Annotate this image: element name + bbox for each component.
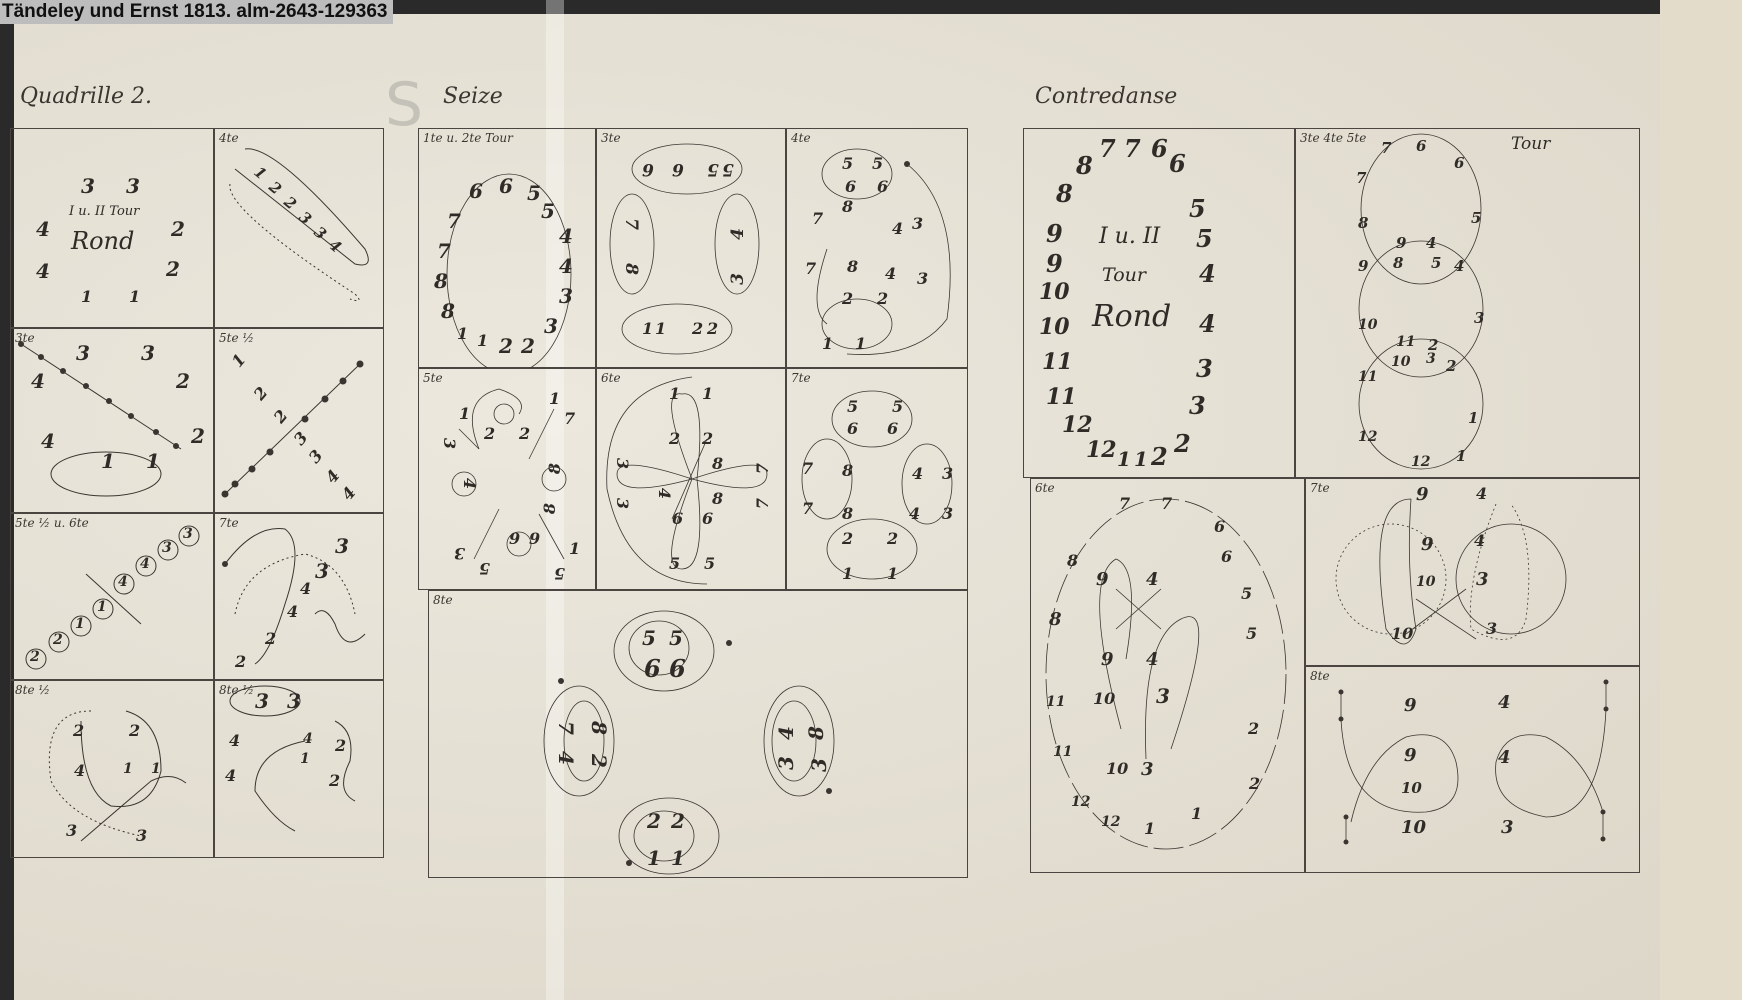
dancer-number: 1	[477, 331, 488, 350]
dancer-number: 1	[1191, 804, 1202, 823]
dancer-number: 1	[1456, 447, 1466, 465]
dancer-number: 7	[1381, 139, 1391, 157]
figure-label: 5te ½ u. 6te	[15, 516, 89, 530]
dancer-number: 1	[1134, 447, 1148, 471]
dancer-number: 4	[36, 259, 50, 283]
dancer-number: 1	[647, 846, 661, 870]
dancer-number: 10	[1401, 779, 1422, 797]
dancer-number: 4	[728, 228, 748, 240]
dancer-number: 12	[1086, 437, 1117, 463]
dancer-number: 7	[437, 239, 451, 263]
dancer-number: 3	[454, 544, 465, 563]
dancer-number: 3	[1476, 569, 1489, 590]
dancer-number: 1	[702, 384, 713, 403]
dancer-number: 8	[712, 454, 723, 473]
dancer-number: 10	[1358, 317, 1377, 333]
dancer-number: 3	[183, 526, 193, 542]
dancer-number: 12	[1101, 814, 1120, 830]
dancer-number: 11	[1046, 694, 1065, 710]
dancer-number: 1	[669, 384, 680, 403]
figure-path-icon	[597, 369, 787, 591]
dancer-number: 6	[1454, 154, 1464, 172]
tour-label: I u. II	[1099, 224, 1160, 249]
dancer-number: 2	[587, 754, 611, 768]
dancer-number: 5	[1241, 584, 1252, 603]
dancer-number: 2	[1151, 442, 1168, 471]
dancer-number: 4	[1476, 484, 1487, 503]
figure-label: 6te	[1035, 481, 1055, 495]
quadrille-cell-8: 8te ½ 3 3 4 4 4 1 2 2	[214, 680, 384, 858]
dancer-number: 8	[1056, 179, 1073, 208]
dancer-number: 5	[707, 159, 719, 179]
dancer-number: 11	[1358, 369, 1377, 385]
dancer-number: 9	[529, 529, 540, 548]
dancer-number: 6	[1214, 517, 1225, 536]
dancer-number: 7	[802, 459, 813, 478]
dancer-number: 6	[1169, 149, 1186, 178]
dancer-number: 3	[315, 559, 329, 583]
dancer-number: 11	[1396, 334, 1415, 350]
dancer-number: 10	[1401, 817, 1426, 838]
figure-path-icon	[11, 681, 215, 859]
dancer-number: 2	[519, 424, 530, 443]
dancer-number: 4	[118, 574, 128, 590]
quadrille-cell-6: 7te 3 3 4 4 2 2	[214, 513, 384, 680]
dancer-number: 2	[265, 178, 285, 198]
dancer-number: 7	[812, 209, 823, 228]
dancer-number: 4	[1498, 747, 1511, 768]
dancer-number: 5	[704, 554, 715, 573]
figure-path-icon	[11, 329, 215, 514]
dancer-number: 3	[76, 341, 90, 365]
figure-label: 7te	[1310, 481, 1330, 495]
dancer-number: 2	[707, 319, 718, 338]
dancer-number: 2	[671, 809, 685, 833]
dancer-number: 8	[847, 257, 858, 276]
dancer-number: 2	[669, 429, 680, 448]
dancer-number: 3	[66, 821, 77, 840]
dancer-number: 9	[1046, 249, 1063, 278]
dancer-number: 3	[912, 214, 923, 233]
dancer-number: 3	[1426, 351, 1436, 367]
dancer-number: 5	[1196, 224, 1213, 253]
dancer-number: 10	[1416, 574, 1435, 590]
dancer-number: 4	[1454, 257, 1464, 275]
dancer-number: 2	[877, 289, 888, 308]
dancer-number: 3	[126, 174, 140, 198]
dancer-number: 1	[457, 324, 468, 343]
dancer-number: 3	[141, 341, 155, 365]
dancer-number: 7	[1161, 494, 1172, 513]
dancer-number: 4	[554, 751, 578, 765]
dancer-number: 3	[942, 464, 953, 483]
dancer-number: 2	[53, 632, 63, 648]
dancer-number: 8	[1067, 551, 1078, 570]
dancer-number: 8	[441, 299, 455, 323]
dancer-number: 6	[672, 509, 683, 528]
dancer-number: 9	[1396, 234, 1406, 252]
dancer-number: 2	[171, 217, 185, 241]
dancer-number: 3	[559, 284, 573, 308]
contredanse-cell-1: 7 7 6 8 6 8 5 9 I u. II 5 9 Tour 4 10 Ro…	[1023, 128, 1295, 478]
dancer-number: 8	[842, 197, 853, 216]
seize-cell-6: 7te 5 5 6 6 7 8 4 3 7 8 4 3 2 2 1 1	[786, 368, 968, 590]
dancer-number: 1	[822, 334, 833, 353]
dancer-number: 4	[1146, 649, 1159, 670]
dancer-number: 2	[235, 652, 246, 671]
dancer-number: 4	[1146, 569, 1159, 590]
dancer-number: 5	[541, 199, 555, 223]
dancer-number: 8	[804, 726, 828, 740]
figure-label: 5te ½	[219, 331, 254, 345]
dancer-number: 8	[842, 504, 853, 523]
dancer-number: 5	[527, 181, 541, 205]
dancer-number: 12	[1071, 794, 1090, 810]
dancer-number: 6	[642, 159, 654, 179]
dancer-number: 7	[554, 721, 578, 735]
dancer-number: 5	[669, 626, 683, 650]
dancer-number: 3	[310, 223, 330, 243]
dancer-number: 4	[655, 488, 674, 499]
dancer-number: 12	[1358, 429, 1377, 445]
dancer-number: 11	[1042, 349, 1073, 375]
dancer-number: 2	[1446, 357, 1456, 375]
contredanse-cell-3: 6te 7 7 6 8 6 8 5 9 4 5 9 4 10 3 11 2 11…	[1030, 478, 1305, 873]
dancer-number: 7	[753, 498, 772, 509]
dancer-number: 5	[722, 159, 734, 179]
dancer-number: 1	[887, 564, 898, 583]
figure-path-icon	[1031, 479, 1306, 874]
dancer-number: 2	[250, 383, 272, 404]
dancer-number: 1	[75, 616, 85, 632]
dancer-number: 3	[305, 446, 327, 467]
seize-cell-7: 8te 5 5 6 6 7 8 4 2 4 8 3 3 2 2 1 1	[428, 590, 968, 878]
dancer-number: 3	[613, 458, 632, 469]
dancer-number: 1	[655, 319, 666, 338]
dancer-number: 5	[642, 626, 656, 650]
dancer-number: 4	[229, 731, 240, 750]
dancer-number: 4	[300, 579, 311, 598]
figure-label: 8te ½	[15, 683, 50, 697]
dancer-number: 4	[892, 219, 903, 238]
dancer-number: 2	[73, 721, 84, 740]
dancer-number: 2	[329, 771, 340, 790]
contredanse-cell-4: 7te 9 4 9 4 10 3 10 3	[1305, 478, 1640, 666]
figure-label: 8te ½	[219, 683, 254, 697]
dancer-number: 1	[123, 761, 133, 777]
quadrille-cell-5: 5te ½ u. 6te 2 2 1 1 4 4 3 3	[10, 513, 214, 680]
dancer-number: 3	[255, 689, 269, 713]
figure-label: 4te	[791, 131, 811, 145]
dancer-number: 4	[1199, 259, 1216, 288]
dancer-number: 1	[146, 449, 160, 473]
dancer-number: 5	[479, 559, 490, 578]
dancer-number: 5	[1471, 209, 1481, 227]
dancer-number: 9	[1101, 649, 1114, 670]
dancer-number: 2	[647, 809, 661, 833]
dancer-number: 2	[1248, 719, 1259, 738]
dancer-number: 4	[31, 369, 45, 393]
dancer-number: 4	[322, 466, 344, 487]
dancer-number: 3	[136, 826, 147, 845]
dancer-number: 10	[1391, 624, 1413, 643]
dancer-number: 3	[807, 758, 831, 772]
dancer-number: 12	[1411, 454, 1430, 470]
dancer-number: 2	[484, 424, 495, 443]
dancer-number: 10	[1039, 314, 1070, 340]
dancer-number: 7	[753, 463, 772, 474]
dancer-number: 4	[559, 224, 573, 248]
dancer-number: 4	[909, 504, 920, 523]
dancer-number: 8	[540, 503, 559, 514]
dancer-number: 3	[81, 174, 95, 198]
dancer-number: 1	[250, 163, 270, 183]
figure-label: 3te	[15, 331, 35, 345]
dancer-number: 1	[81, 287, 92, 306]
dancer-number: 4	[1498, 692, 1511, 713]
dancer-number: 2	[166, 257, 180, 281]
figure-path-icon	[429, 591, 969, 879]
dancer-number: 8	[1393, 254, 1403, 272]
dancer-number: 5	[1189, 194, 1206, 223]
dancer-number: 4	[912, 464, 923, 483]
dancer-number: 2	[499, 334, 513, 358]
tour-label: Tour	[1511, 134, 1550, 154]
dancer-number: 8	[1076, 151, 1093, 180]
dancer-number: 6	[499, 174, 513, 198]
dancer-number: 6	[469, 179, 483, 203]
dancer-number: 8	[712, 489, 723, 508]
quadrille-cell-4: 5te ½ 1 2 2 3 3 4 4	[214, 328, 384, 513]
dancer-number: 8	[1049, 609, 1062, 630]
dancer-number: 5	[872, 154, 883, 173]
dancer-number: 6	[1221, 547, 1232, 566]
dancer-number: 8	[434, 269, 448, 293]
dancer-number: 9	[1096, 569, 1109, 590]
dancer-number: 1	[1468, 409, 1478, 427]
dancer-number: 3	[1156, 684, 1170, 708]
dancer-number: 6	[1151, 134, 1168, 163]
seize-cell-4: 5te 1 2 2 1 7 3 8 4 8 9 9 3 5 5 1	[418, 368, 596, 590]
seize-cell-2: 3te 6 6 5 5 7 8 4 3 1 1 2 2	[596, 128, 786, 368]
dancer-number: 4	[41, 429, 55, 453]
dancer-number: 3	[1501, 817, 1514, 838]
dancer-number: 4	[225, 766, 236, 785]
dancer-number: 11	[1053, 744, 1072, 760]
tour-label: Tour	[1102, 264, 1146, 286]
dancer-number: 4	[1199, 309, 1216, 338]
dancer-number: 6	[702, 509, 713, 528]
dancer-number: 10	[1039, 279, 1070, 305]
dancer-number: 4	[74, 761, 85, 780]
dancer-number: 8	[545, 463, 564, 474]
dancer-number: 1	[569, 539, 580, 558]
dancer-number: 2	[176, 369, 190, 393]
dancer-number: 2	[842, 289, 853, 308]
figure-path-icon	[1306, 479, 1641, 667]
figure-label: 1te u. 2te Tour	[423, 131, 513, 145]
dancer-number: 3	[440, 438, 459, 449]
dancer-number: 3	[335, 534, 349, 558]
dancer-number: 4	[774, 726, 798, 740]
dancer-number: 4	[1474, 531, 1485, 550]
figure-label: 4te	[219, 131, 239, 145]
dancer-number: 7	[621, 218, 641, 230]
dancer-number: 9	[1404, 695, 1417, 716]
dancer-number: 1	[549, 389, 560, 408]
dancer-number: 7	[1356, 169, 1366, 187]
dancer-number: 2	[191, 424, 205, 448]
figure-label: 7te	[791, 371, 811, 385]
dancer-number: 1	[228, 350, 250, 371]
dancer-number: 8	[621, 263, 641, 275]
dancer-number: 9	[1416, 484, 1429, 505]
quadrille-cell-3: 3te 3 3 4 2 4 2 1 1	[10, 328, 214, 513]
quadrille-title: Quadrille 2.	[20, 84, 152, 109]
tour-label: I u. II Tour	[69, 204, 139, 219]
dancer-number: 4	[36, 217, 50, 241]
dancer-number: 7	[564, 409, 575, 428]
dancer-number: 7	[1099, 134, 1116, 163]
dancer-number: 5	[669, 554, 680, 573]
dancer-number: 3	[774, 756, 798, 770]
dancer-number: 1	[842, 564, 853, 583]
quadrille-cell-7: 8te ½ 2 2 4 1 1 3 3	[10, 680, 214, 858]
dancer-number: 6	[669, 654, 686, 683]
dancer-number: 9	[1421, 534, 1434, 555]
dancer-number: 6	[845, 177, 856, 196]
dancer-number: 5	[842, 154, 853, 173]
figure-label: 7te	[219, 516, 239, 530]
seize-cell-3: 4te 5 5 6 6 7 8 3 4 7 8 4 3 2 2 1 1	[786, 128, 968, 368]
dancer-number: 6	[1416, 137, 1426, 155]
dancer-number: 8	[842, 461, 853, 480]
dancer-number: 3	[544, 314, 558, 338]
dancer-number: 3	[295, 208, 315, 228]
dancer-number: 8	[1358, 214, 1368, 232]
dancer-number: 12	[1062, 412, 1093, 438]
figure-path-icon	[1306, 667, 1641, 874]
dancer-number: 2	[265, 629, 276, 648]
dancer-number: 10	[1391, 354, 1410, 370]
dancer-number: 1	[1144, 819, 1155, 838]
dancer-number: 2	[842, 529, 853, 548]
dancer-number: 6	[672, 159, 684, 179]
dancer-number: 1	[97, 599, 107, 615]
figure-label: 8te	[433, 593, 453, 607]
dancer-number: 7	[1124, 134, 1141, 163]
dancer-number: 7	[802, 499, 813, 518]
dancer-number: 3	[1196, 354, 1213, 383]
dancer-number: 3	[287, 689, 301, 713]
dancer-number: 7	[447, 209, 461, 233]
dancer-number: 4	[1426, 234, 1436, 252]
dancer-number: 6	[887, 419, 898, 438]
dancer-number: 1	[300, 751, 310, 767]
figure-label: 5te	[423, 371, 443, 385]
image-caption: Tändeley und Ernst 1813. alm-2643-129363	[0, 0, 393, 24]
dancer-number: 1	[459, 404, 470, 423]
dancer-number: 5	[1246, 624, 1257, 643]
dancer-number: 3	[290, 428, 312, 449]
dancer-number: 2	[280, 193, 300, 213]
dancer-number: 4	[140, 556, 150, 572]
dancer-number: 4	[287, 602, 298, 621]
dancer-number: 9	[1358, 257, 1368, 275]
dancer-number: 3	[613, 498, 632, 509]
dancer-number: 4	[325, 236, 345, 256]
dancer-number: 5	[554, 564, 565, 583]
contredanse-title: Contredanse	[1035, 84, 1177, 109]
dancer-number: 5	[1431, 254, 1441, 272]
dancer-number: 2	[702, 429, 713, 448]
dancer-number: 1	[642, 319, 653, 338]
dancer-number: 2	[30, 649, 40, 665]
dancer-number: 6	[644, 654, 661, 683]
dancer-number: 5	[847, 397, 858, 416]
dancer-number: 3	[1474, 309, 1484, 327]
page-edge	[1660, 0, 1742, 1000]
contredanse-cell-5: 8te 9 4 9 4 10 10 3	[1305, 666, 1640, 873]
dancer-number: 3	[162, 540, 172, 556]
figure-label: 3te 4te 5te	[1300, 131, 1366, 145]
dancer-number: 4	[559, 254, 573, 278]
dancer-number: 2	[335, 736, 346, 755]
figure-label: 8te	[1310, 669, 1330, 683]
dancer-number: 3	[942, 504, 953, 523]
contredanse-cell-2: 3te 4te 5te Tour 7 6 6 7 5 8 9 4 9 8 5 4…	[1295, 128, 1640, 478]
dancer-number: 1	[671, 846, 685, 870]
dancer-number: 10	[1106, 759, 1128, 778]
dancer-number: 1	[101, 449, 115, 473]
dancer-number: 5	[892, 397, 903, 416]
dancer-number: 3	[728, 273, 748, 285]
figure-label: 6te	[601, 371, 621, 385]
dancer-number: 2	[887, 529, 898, 548]
dancer-number: 2	[270, 406, 292, 427]
dancer-number: 3	[1189, 391, 1206, 420]
dancer-number: 3	[1486, 619, 1497, 638]
dancer-number: 7	[805, 259, 816, 278]
dancer-number: 6	[847, 419, 858, 438]
dancer-number: 9	[509, 529, 520, 548]
rond-label: Rond	[71, 227, 134, 255]
seize-cell-5: 6te 1 1 2 2 3 8 7 8 3 7 4 6 6 5 5	[596, 368, 786, 590]
quadrille-cell-1: 3 3 I u. II Tour 4 Rond 2 4 2 1 1	[10, 128, 214, 328]
dancer-number: 10	[1093, 689, 1115, 708]
dancer-number: 2	[129, 721, 140, 740]
dancer-number: 7	[1119, 494, 1130, 513]
dancer-number: 2	[521, 334, 535, 358]
dancer-number: 4	[460, 478, 479, 489]
quadrille-cell-2: 4te 1 2 2 3 3 4	[214, 128, 384, 328]
dancer-number: 9	[1404, 745, 1417, 766]
dancer-number: 2	[1249, 774, 1260, 793]
dancer-number: 4	[338, 483, 360, 504]
dancer-number: 9	[1046, 219, 1063, 248]
rond-label: Rond	[1092, 299, 1171, 334]
dancer-number: 1	[151, 761, 161, 777]
dancer-number: 4	[885, 264, 896, 283]
dancer-number: 3	[917, 269, 928, 288]
dancer-number: 8	[587, 721, 611, 735]
dancer-number: 1	[129, 287, 140, 306]
dancer-number: 2	[1174, 429, 1191, 458]
dancer-number: 6	[877, 177, 888, 196]
dancer-number: 1	[1117, 447, 1131, 471]
figure-path-icon	[215, 129, 385, 329]
seize-cell-1: 1te u. 2te Tour 6 6 5 5 7 4 7 4 8 3 8 3 …	[418, 128, 596, 368]
